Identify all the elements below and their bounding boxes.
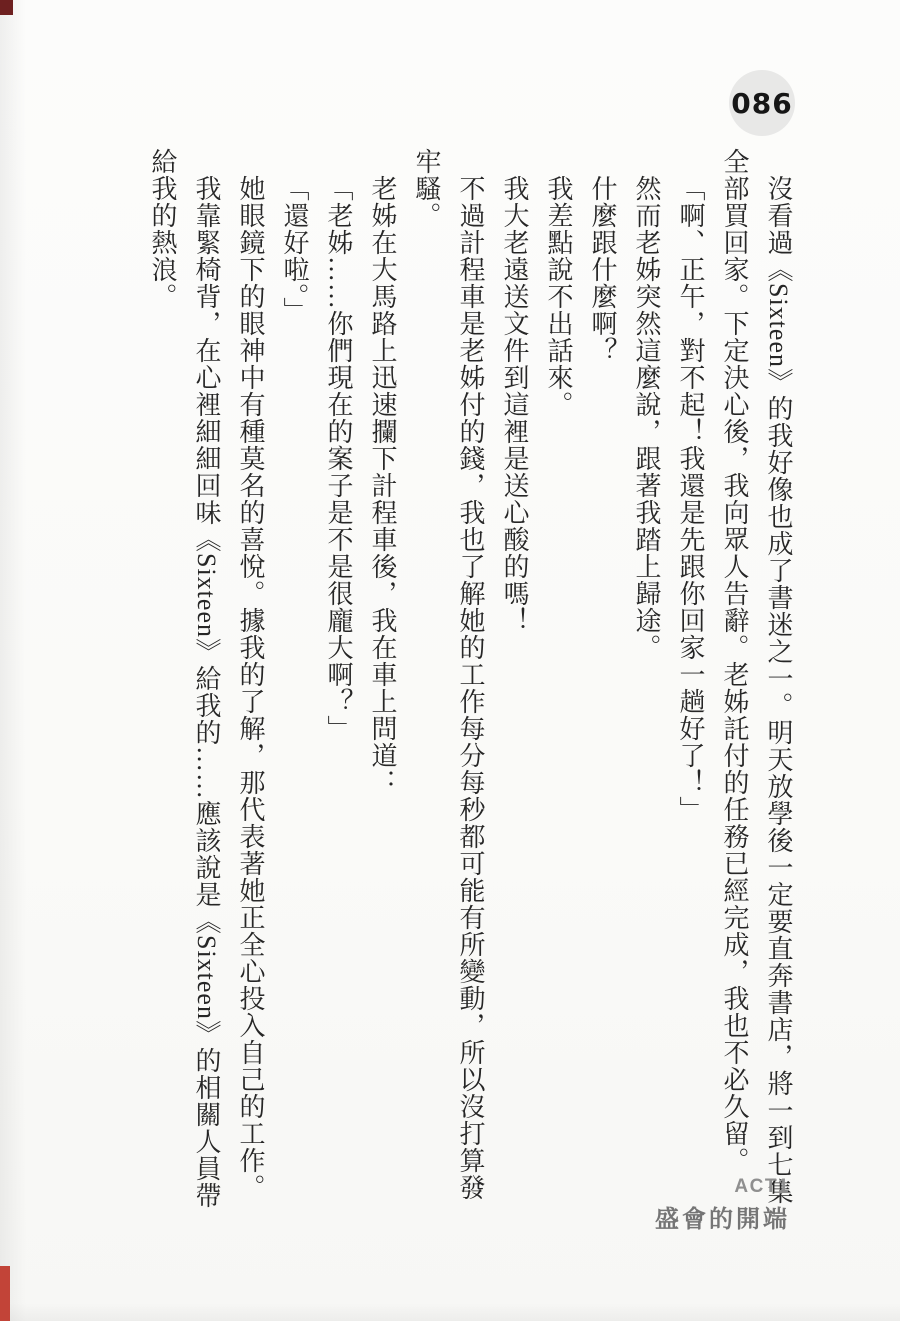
paragraph-6: 我大老遠送文件到這裡是送心酸的嗎！ <box>492 148 536 1210</box>
paragraph-10: 「還好啦。」 <box>272 148 316 1210</box>
paragraph-2: 「啊、正午，對不起！我還是先跟你回家一趟好了！」 <box>668 148 712 1210</box>
novel-body-text: 沒看過《Sixteen》的我好像也成了書迷之一。明天放學後一定要直奔書店，將一到… <box>140 148 800 1210</box>
scan-artifact-bottom-left <box>0 1266 10 1321</box>
paragraph-5: 我差點說不出話來。 <box>536 148 580 1210</box>
scan-gutter-shadow <box>0 0 26 1321</box>
paragraph-4: 什麼跟什麼啊？ <box>580 148 624 1210</box>
chapter-title: 盛會的開端 <box>655 1199 790 1234</box>
paragraph-12: 我靠緊椅背，在心裡細細回味《Sixteen》給我的……應該說是《Sixteen》… <box>140 148 228 1210</box>
paragraph-7: 不過計程車是老姊付的錢，我也了解她的工作每分每秒都可能有所變動，所以沒打算發牢騷… <box>404 148 492 1210</box>
act-label: ACT1 <box>655 1176 790 1198</box>
page-number-badge: 086 <box>729 70 795 136</box>
paragraph-3: 然而老姊突然這麼說，跟著我踏上歸途。 <box>624 148 668 1210</box>
paragraph-9: 「老姊……你們現在的案子是不是很龐大啊？」 <box>316 148 360 1210</box>
paragraph-8: 老姊在大馬路上迅速攔下計程車後，我在車上問道： <box>360 148 404 1210</box>
chapter-footer: ACT1 盛會的開端 <box>655 1176 790 1234</box>
paragraph-1: 沒看過《Sixteen》的我好像也成了書迷之一。明天放學後一定要直奔書店，將一到… <box>712 148 800 1210</box>
page-number: 086 <box>731 87 792 120</box>
novel-page: 086 沒看過《Sixteen》的我好像也成了書迷之一。明天放學後一定要直奔書店… <box>0 0 900 1321</box>
scan-artifact-top-left <box>0 0 13 15</box>
scan-bottom-shadow <box>0 1303 900 1321</box>
paragraph-11: 她眼鏡下的眼神中有種莫名的喜悅。據我的了解，那代表著她正全心投入自己的工作。 <box>228 148 272 1210</box>
